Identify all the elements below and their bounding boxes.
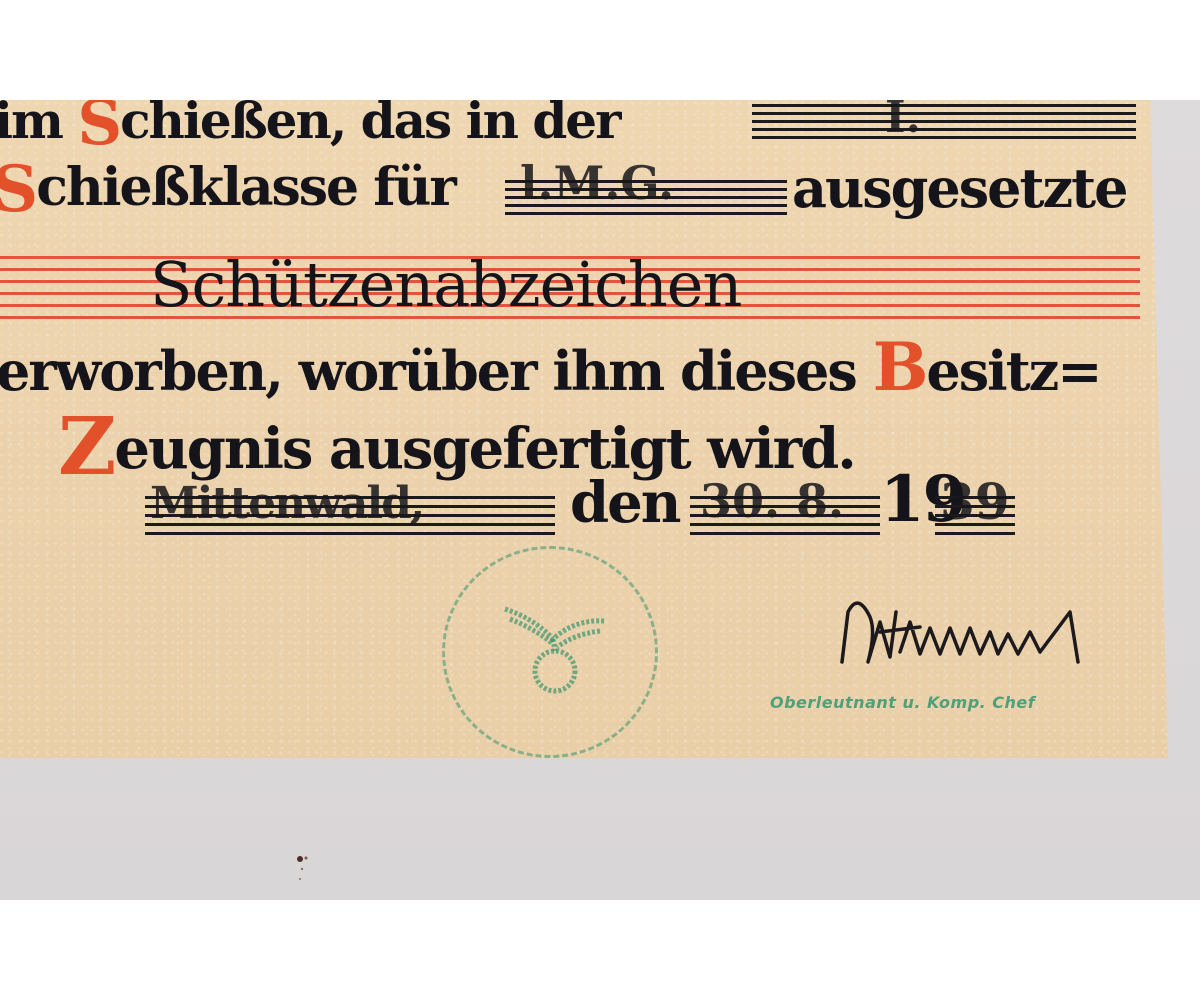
line4-text: erworben, worüber ihm dieses — [0, 339, 873, 403]
certificate-paper: im Schießen, das in der I. Schießklasse … — [0, 100, 1168, 758]
place-fill-in: Mittenwald, — [150, 478, 423, 529]
date-label: den — [570, 470, 680, 536]
red-initial-b: B — [873, 328, 927, 406]
fill-in-weapon: l.M.G. — [520, 156, 674, 210]
text-line-5: Zeugnis ausgefertigt wird. — [58, 400, 855, 482]
text-line-2: Schießklasse für — [0, 152, 455, 218]
red-initial-z: Z — [58, 406, 114, 486]
line1-prefix: im — [0, 100, 77, 150]
line5-text: eugnis ausgefertigt wird. — [114, 416, 854, 482]
badge-title: Schützenabzeichen — [150, 248, 741, 321]
date-fill-in: 30. 8. — [700, 474, 844, 528]
text-line-1: im Schießen, das in der — [0, 100, 619, 150]
line2-end-text: ausgesetzte — [792, 156, 1126, 220]
document-photo: im Schießen, das in der I. Schießklasse … — [0, 100, 1200, 900]
official-stamp — [442, 546, 658, 758]
eagle-emblem-icon — [495, 589, 615, 699]
handwritten-signature — [830, 592, 1100, 682]
rank-stamp: Oberleutnant u. Komp. Chef — [770, 693, 1035, 712]
red-initial-s2: S — [0, 158, 36, 222]
text-line-4: erworben, worüber ihm dieses Besitz= — [0, 328, 1101, 406]
fill-in-class: I. — [885, 100, 921, 143]
ink-stain — [296, 855, 310, 885]
line4-end: esitz= — [926, 339, 1100, 403]
year-fill-in: 39 — [940, 472, 1010, 531]
line1-text: chießen, das in der — [120, 100, 619, 150]
fill-in-staff-1 — [752, 102, 1136, 138]
red-initial-s: S — [77, 100, 120, 154]
line2-text: chießklasse für — [36, 157, 455, 218]
